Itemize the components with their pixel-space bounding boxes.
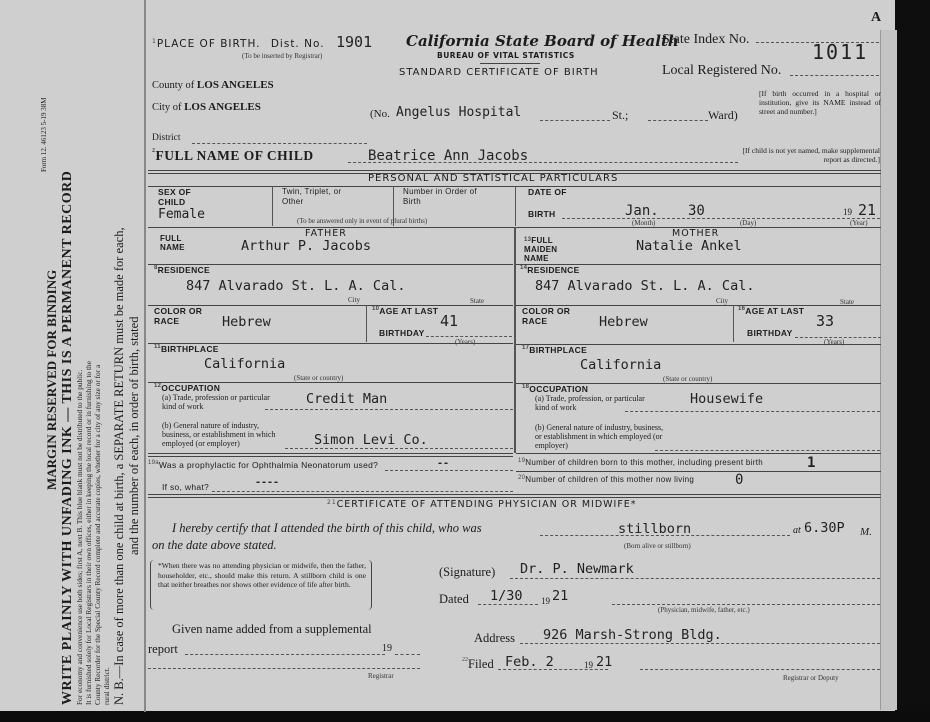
dated-label: Dated	[439, 592, 469, 607]
father-name-label: FULL NAME	[160, 234, 200, 252]
mother-birthplace-value: California	[580, 357, 661, 373]
nb-line-1: N. B.—In case of more than one child at …	[112, 227, 127, 705]
mother-occ-a-label: (a) Trade, profession, or particular kin…	[535, 394, 645, 412]
signer-caption: (Physician, midwife, father, etc.)	[658, 606, 750, 614]
father-occ-b-value: Simon Levi Co.	[314, 432, 428, 448]
registrar-deputy-caption: Registrar or Deputy	[783, 674, 839, 682]
report-label: report	[148, 642, 178, 657]
dist-no-value: 1901	[336, 33, 372, 51]
order-label: Number in Order of Birth	[403, 187, 478, 207]
nb-line-2: and the number of each, in order of birt…	[127, 317, 142, 555]
father-state-country-caption: (State or country)	[294, 374, 343, 382]
birth-day: 30	[688, 203, 705, 219]
filed-year-prefix: 19	[584, 660, 593, 670]
particulars-title: PERSONAL AND STATISTICAL PARTICULARS	[368, 173, 618, 184]
physician-certificate-title: 21CERTIFICATE OF ATTENDING PHYSICIAN OR …	[327, 499, 637, 510]
father-birthplace-value: California	[204, 356, 285, 372]
form-number: Form 12. 46123 5-19 38M	[40, 98, 48, 172]
prophylactic-label: 19aWas a prophylactic for Ophthalmia Neo…	[148, 460, 378, 470]
father-residence-value: 847 Alvarado St. L. A. Cal.	[186, 278, 405, 294]
write-plainly-text: WRITE PLAINLY WITH UNFADING INK — THIS I…	[60, 171, 76, 705]
state-index-label: State Index No.	[662, 32, 749, 48]
father-name-value: Arthur P. Jacobs	[241, 238, 371, 254]
father-state-caption: State	[470, 297, 484, 305]
local-registered-label: Local Registered No.	[662, 63, 781, 79]
date-label-1: DATE OF	[528, 187, 567, 197]
born-caption: (Born alive or stillborn)	[624, 542, 691, 550]
mother-state-country-caption: (State or country)	[663, 375, 712, 383]
binding-margin-line	[144, 0, 146, 712]
mother-age-value: 33	[816, 312, 834, 330]
footnote-text: *When there was no attending physician o…	[158, 561, 366, 590]
city-value: LOS ANGELES	[184, 101, 261, 113]
father-age-value: 41	[440, 312, 458, 330]
born-status-value: stillborn	[618, 521, 691, 537]
father-occupation-label: 12OCCUPATION	[154, 383, 220, 393]
board-title: California State Board of Health	[406, 32, 679, 50]
mother-occ-b-label: (b) General nature of industry, business…	[535, 423, 665, 450]
time-value: 6.30P	[804, 520, 845, 536]
father-occ-b-label: (b) General nature of industry, business…	[162, 421, 287, 448]
mother-residence-label: 14RESIDENCE	[520, 265, 580, 275]
not-named-note: [If child is not yet named, make supplem…	[738, 146, 880, 164]
sex-label: SEX OF CHILD	[158, 187, 218, 207]
registrar-caption: Registrar	[368, 672, 394, 680]
st-label: St.;	[612, 108, 628, 123]
certify-text: I hereby certify that I attended the bir…	[172, 521, 482, 536]
address-label: Address	[474, 631, 515, 646]
mother-birthplace-label: 17BIRTHPLACE	[522, 345, 587, 355]
father-birthplace-label: 11BIRTHPLACE	[154, 344, 219, 354]
father-occ-a-value: Credit Man	[306, 391, 387, 407]
mother-name-label: 13FULL MAIDEN NAME	[524, 236, 564, 263]
if-so-value: ----	[255, 477, 279, 488]
instructions-line-2: It is furnished solely for Local Registr…	[84, 361, 93, 705]
month-caption: (Month)	[632, 219, 655, 227]
place-of-birth-label-text: PLACE OF BIRTH.	[157, 38, 261, 50]
mother-occupation-label: 18OCCUPATION	[522, 384, 588, 394]
child-name-value: Beatrice Ann Jacobs	[368, 148, 528, 164]
mother-name-value: Natalie Ankel	[636, 238, 742, 254]
father-residence-label: 8RESIDENCE	[154, 265, 210, 275]
father-color-label: COLOR OR RACE	[154, 306, 204, 326]
children-born-value: 1	[807, 455, 815, 471]
children-living-label: 20Number of children of this mother now …	[518, 475, 694, 484]
county-label: County of	[152, 80, 194, 91]
certificate-title: STANDARD CERTIFICATE OF BIRTH	[399, 67, 599, 78]
birth-year: 21	[858, 201, 876, 219]
signature-value: Dr. P. Newmark	[520, 561, 634, 577]
mother-age-label-2: BIRTHDAY	[747, 328, 793, 338]
father-years-caption: (Years)	[455, 338, 475, 346]
mother-age-label-1: 16AGE AT LAST	[738, 306, 804, 316]
date-label-2: BIRTH	[528, 209, 555, 219]
mother-color-value: Hebrew	[599, 314, 648, 330]
mother-city-caption: City	[716, 297, 728, 305]
children-born-label: 19Number of children born to this mother…	[518, 458, 763, 467]
mother-color-label: COLOR OR RACE	[522, 306, 572, 326]
city-field: City of LOS ANGELES	[152, 101, 261, 113]
bureau-title: BUREAU OF VITAL STATISTICS	[437, 51, 575, 60]
report-year-prefix: 19	[382, 643, 392, 654]
twin-label: Twin, Triplet, or Other	[282, 187, 352, 207]
instructions-line-4: rural district.	[102, 667, 111, 705]
city-label: City of	[152, 102, 181, 113]
children-living-value: 0	[735, 472, 743, 488]
supplemental-text: Given name added from a supplemental	[172, 622, 372, 637]
plural-note: (To be answered only in event of plural …	[297, 217, 427, 225]
signature-label: (Signature)	[439, 565, 495, 580]
birth-year-prefix: 19	[843, 207, 852, 217]
dist-note: (To be inserted by Registrar)	[242, 52, 322, 60]
filed-year: 21	[596, 654, 612, 670]
county-field: County of LOS ANGELES	[152, 79, 274, 91]
at-label: at	[793, 525, 801, 536]
ward-label: Ward)	[708, 108, 738, 123]
father-age-label-1: 10AGE AT LAST	[372, 306, 438, 316]
sex-value: Female	[158, 207, 205, 222]
full-name-label: 2FULL NAME OF CHILD	[152, 148, 314, 164]
father-age-label-2: BIRTHDAY	[379, 328, 425, 338]
prophylactic-value: --	[437, 458, 449, 469]
scan-edge	[895, 0, 930, 722]
page-edge	[880, 30, 897, 710]
address-value: 926 Marsh-Strong Bldg.	[543, 627, 722, 643]
filed-label: 22Filed	[462, 657, 494, 672]
corner-letter: A	[871, 10, 881, 26]
father-occ-a-label: (a) Trade, profession or particular kind…	[162, 393, 272, 411]
father-city-caption: City	[348, 296, 360, 304]
instructions-line-3: County Recorder for the Special County R…	[93, 365, 102, 705]
district-label: District	[152, 133, 181, 143]
dist-no-label: Dist. No.	[271, 38, 325, 50]
dated-year-prefix: 19	[541, 596, 550, 606]
no-label: (No.	[370, 108, 390, 120]
dated-year: 21	[552, 588, 568, 604]
street-value: Angelus Hospital	[396, 105, 521, 120]
instructions-line-1: For economy and convenience use both sid…	[75, 370, 84, 705]
place-of-birth-label: 1PLACE OF BIRTH. Dist. No.	[152, 38, 325, 50]
county-value: LOS ANGELES	[197, 79, 274, 91]
state-index-value: 1011	[812, 40, 868, 64]
day-caption: (Day)	[740, 219, 756, 227]
scan-bottom-edge	[0, 711, 930, 722]
hospital-note: [If birth occurred in a hospital or inst…	[759, 89, 881, 116]
mother-residence-value: 847 Alvarado St. L. A. Cal.	[535, 278, 754, 294]
filed-value: Feb. 2	[505, 654, 554, 670]
mother-occ-a-value: Housewife	[690, 391, 763, 407]
date-stated-text: on the date above stated.	[152, 538, 277, 553]
if-so-label: If so, what?	[162, 482, 209, 492]
father-color-value: Hebrew	[222, 314, 271, 330]
year-caption: (Year)	[850, 219, 868, 227]
dated-value: 1/30	[490, 588, 523, 604]
margin-reserved-text: MARGIN RESERVED FOR BINDING	[44, 270, 60, 490]
m-label: M.	[860, 526, 872, 538]
birth-month: Jan.	[625, 203, 659, 219]
